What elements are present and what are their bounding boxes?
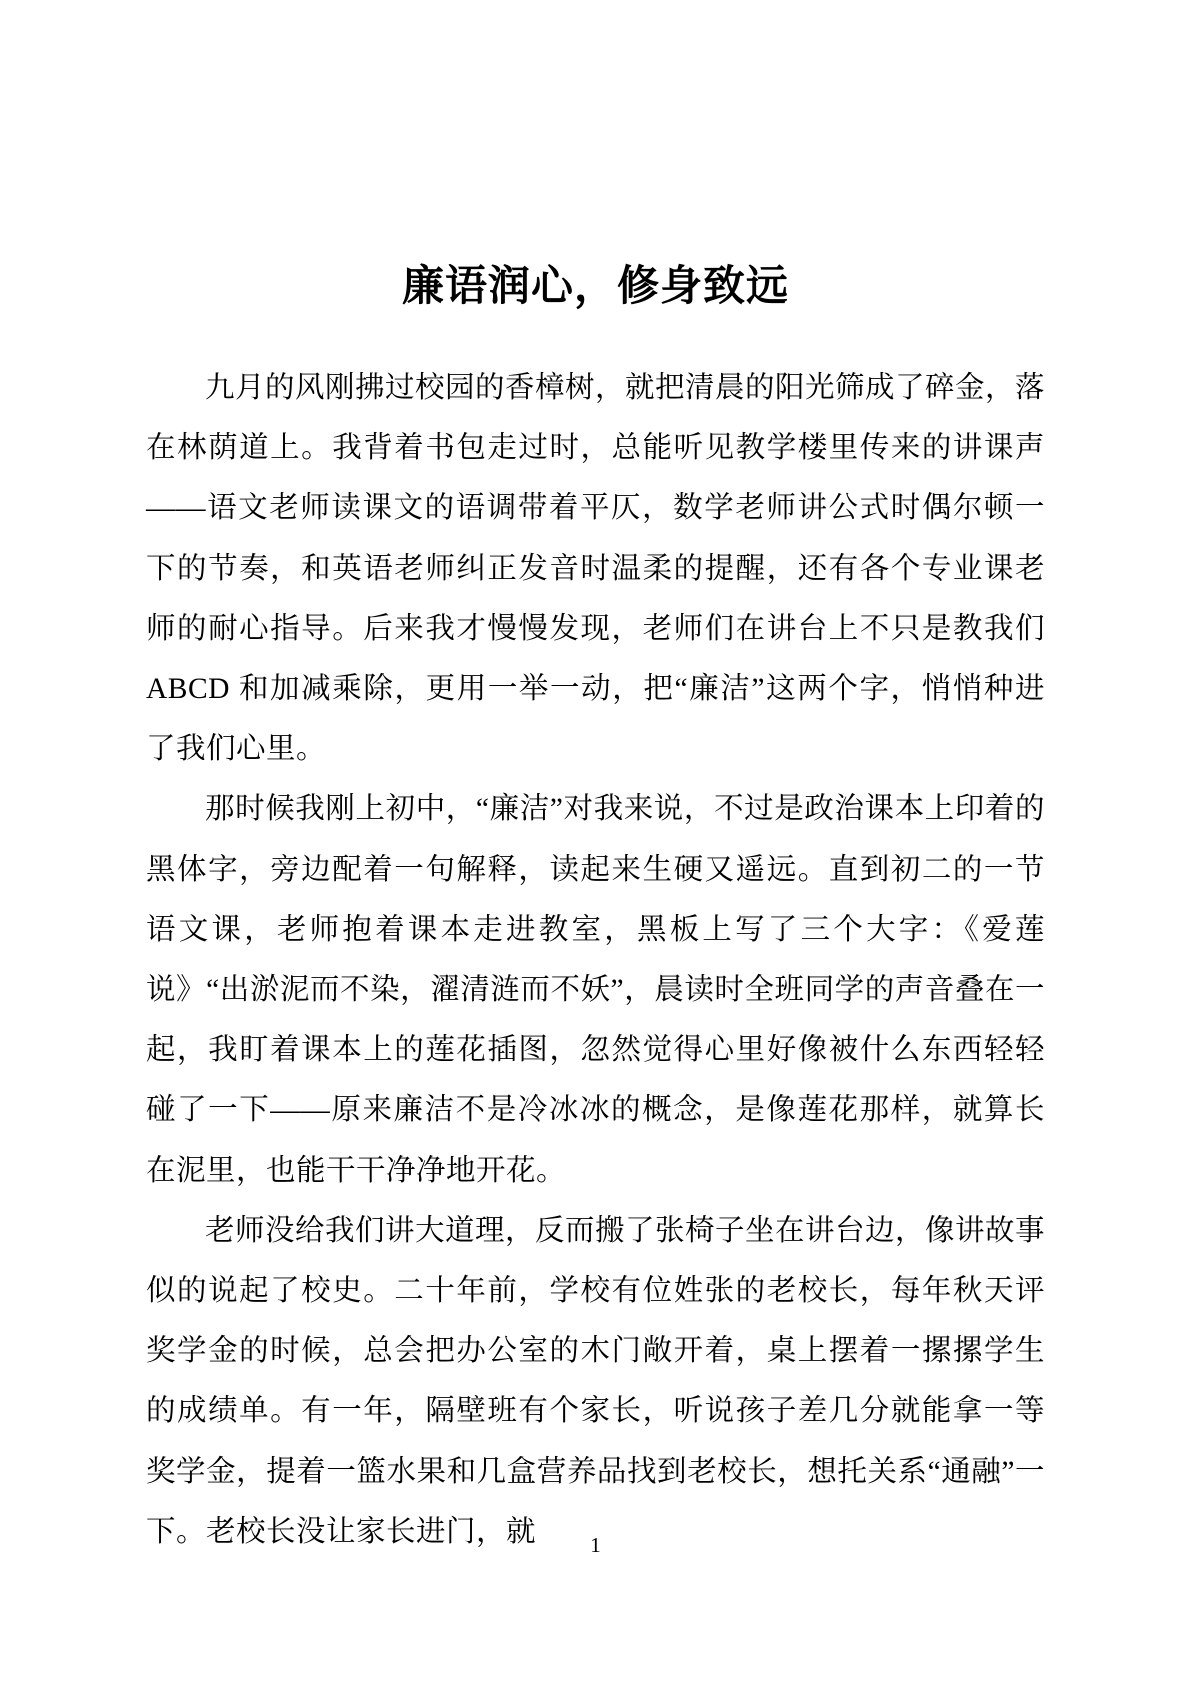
- paragraph: 九月的风刚拂过校园的香樟树，就把清晨的阳光筛成了碎金，落在林荫道上。我背着书包走…: [146, 358, 1045, 779]
- document-body: 九月的风刚拂过校园的香樟树，就把清晨的阳光筛成了碎金，落在林荫道上。我背着书包走…: [146, 358, 1045, 1562]
- paragraph: 那时候我刚上初中，“廉洁”对我来说，不过是政治课本上印着的黑体字，旁边配着一句解…: [146, 779, 1045, 1200]
- paragraph: 老师没给我们讲大道理，反而搬了张椅子坐在讲台边，像讲故事似的说起了校史。二十年前…: [146, 1201, 1045, 1562]
- page-title: 廉语润心，修身致远: [146, 256, 1045, 316]
- document-page: 廉语润心，修身致远 九月的风刚拂过校园的香樟树，就把清晨的阳光筛成了碎金，落在林…: [0, 0, 1191, 1684]
- page-number: 1: [146, 1532, 1045, 1558]
